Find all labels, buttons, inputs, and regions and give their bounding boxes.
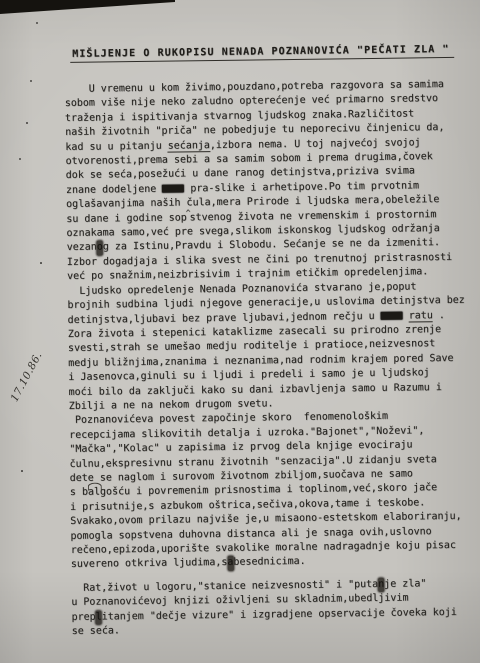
paragraph: U vremenu u kom živimo,pouzdano,potreba … (65, 78, 472, 285)
redaction-mark (381, 311, 403, 319)
text-segment: "Mačka","Kolac" u zapisima iz prvog dela… (69, 440, 412, 455)
handwritten-correction: al (88, 487, 100, 498)
text-segment: ,izbora nema. U toj najvećoj svojoj (210, 137, 421, 151)
document-title: MIŠLJENJE O RUKOPISU NENADA POZNANOVIĆA … (70, 44, 455, 63)
text-segment: itanjem "dečje vizure" i izgradjene opse… (102, 607, 457, 623)
text-segment: Rat,život u logoru,"stanice neizvesnosti… (71, 579, 378, 594)
typed-body: U vremenu u kom živimo,pouzdano,potreba … (65, 78, 476, 640)
scan-speck (36, 22, 38, 24)
scan-speck (19, 158, 21, 160)
underlined-word: ratu (409, 310, 433, 323)
typed-text-block: MIŠLJENJE O RUKOPISU NENADA POZNANOVIĆA … (64, 37, 476, 640)
scan-speck (21, 470, 23, 472)
scan-speck (30, 80, 32, 82)
underlined-word: sećanja (168, 140, 210, 153)
text-segment: Zbilji a ne na nekom drugom svetu. (69, 398, 274, 412)
text-segment: g za Istinu,Pravdu i Slobodu. Sećanje se… (103, 238, 440, 253)
scan-edge-artifact (0, 0, 175, 14)
paragraph: Rat,život u logoru,"stanice neizvesnosti… (71, 576, 476, 639)
handwritten-caret: ^ (186, 206, 191, 220)
scan-speck (26, 122, 28, 124)
text-segment: . (433, 310, 445, 321)
text-segment: besednicima. (233, 556, 305, 568)
redaction-mark (162, 184, 184, 192)
paragraph: Ljudsko opredelenje Nenada Poznanovića s… (67, 279, 473, 414)
text-segment: detinjstva,ljubavi bez prave ljubavi,jed… (68, 310, 381, 325)
text-segment: stvenog života ne vremenskim i prostorni… (189, 209, 436, 223)
text-segment: je zla" (384, 578, 426, 590)
text-segment: znane dodeljene (66, 184, 162, 196)
text-segment: gošću i povremenim prisnostima i toplino… (100, 483, 437, 498)
text-segment: i Jasenovca,ginuli su i ljudi i predeli … (68, 367, 429, 383)
text-segment: se seća. (72, 625, 120, 637)
text-segment: vezan (67, 242, 97, 253)
text-segment: rečeno,epizoda,uporište svakolike moraln… (71, 540, 456, 556)
text-segment: Poznanovićeva povest započinje skoro fen… (69, 411, 388, 426)
text-segment: u Poznanovićevoj knjizi oživljeni su skl… (71, 593, 408, 608)
text-segment: kad su u pitanju (65, 140, 167, 152)
text-segment: suvereno otkriva ljudima,s (71, 557, 228, 570)
handwritten-margin-date: 17.10.86. (8, 352, 43, 404)
text-segment: s b (70, 487, 88, 498)
scanned-document-page: 17.10.86. MIŠLJENJE O RUKOPISU NENADA PO… (0, 0, 480, 663)
text-segment: su dane i godine sop (66, 212, 187, 225)
text-segment: prep (71, 611, 95, 622)
text-segment: već po snažnim,neizbrisivim i trajnim et… (67, 267, 428, 283)
paragraph: Poznanovićeva povest započinje skoro fen… (69, 409, 475, 573)
text-segment: pra-slike i arhetipove.Po tim prvotnim (184, 180, 419, 194)
scan-speck (40, 262, 42, 264)
